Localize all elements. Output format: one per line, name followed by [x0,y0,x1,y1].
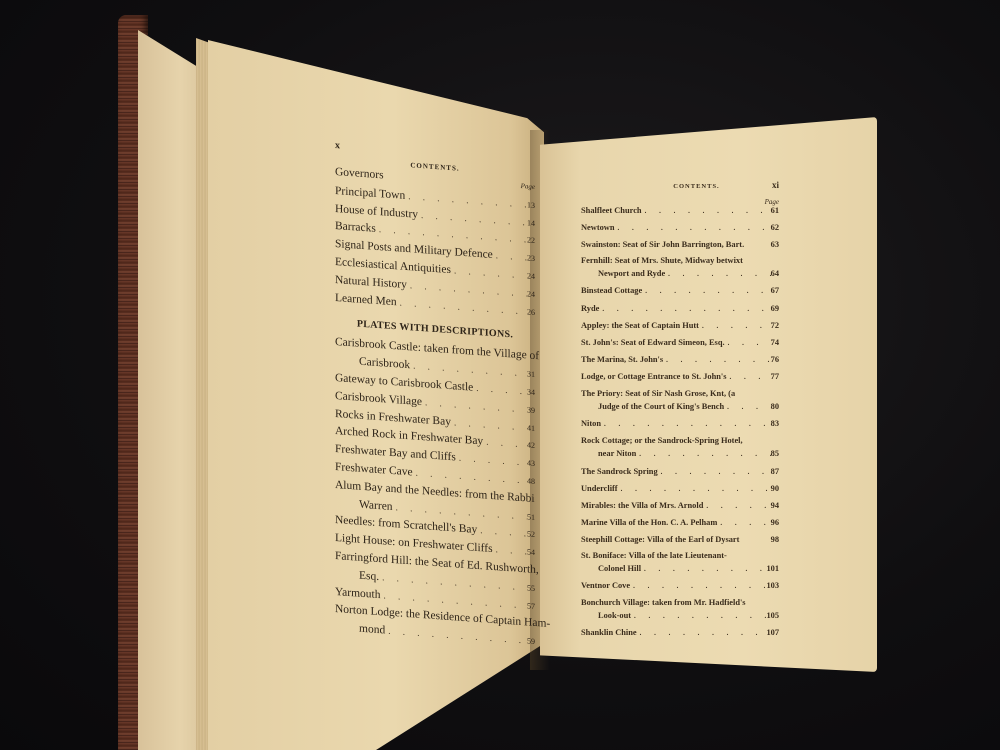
toc-entry: Marine Villa of the Hon. C. A. Pelham96 [581,516,779,530]
folio: xi [772,180,779,190]
toc-entry: Newtown62 [581,221,779,235]
toc-entry: Rock Cottage; or the Sandrock-Spring Hot… [581,434,779,447]
toc-entry: Fernhill: Seat of Mrs. Shute, Midway bet… [581,254,779,267]
right-page-text: CONTENTS. xi Page Shalfleet Church61 New… [581,180,779,641]
toc-entry-continuation: Judge of the Court of King's Bench80 [581,400,779,414]
toc-entry-continuation: Colonel Hill101 [581,562,779,576]
toc-entry: The Sandrock Spring87 [581,465,779,479]
toc-entry: Ryde69 [581,302,779,316]
toc-entry: The Marina, St. John's76 [581,353,779,367]
toc-entry: Appley: the Seat of Captain Hutt72 [581,319,779,333]
running-head: CONTENTS. [581,183,772,190]
toc-entry: Undercliff90 [581,482,779,496]
toc-entry-continuation: Newport and Ryde64 [581,267,779,281]
photo-scene: x CONTENTS. Governors Page Principal Tow… [0,0,1000,750]
left-page-text: x CONTENTS. Governors Page Principal Tow… [335,140,535,651]
toc-entry: Bonchurch Village: taken from Mr. Hadfie… [581,596,779,609]
toc-entry: Mirables: the Villa of Mrs. Arnold94 [581,499,779,513]
toc-entry: Shanklin Chine107 [581,626,779,640]
page-column-label: Page [521,178,535,197]
toc-entry: Lodge, or Cottage Entrance to St. John's… [581,370,779,384]
folio: x [335,140,340,151]
toc-entry: Shalfleet Church61 [581,204,779,218]
toc-entry-continuation: Look-out105 [581,609,779,623]
toc-entry: Niton83 [581,417,779,431]
toc-entry-continuation: near Niton85 [581,447,779,461]
toc-entry: Swainston: Seat of Sir John Barrington, … [581,238,779,251]
toc-entry: St. Boniface: Villa of the late Lieutena… [581,549,779,562]
toc-entry: Steephill Cottage: Villa of the Earl of … [581,533,779,546]
page-header: CONTENTS. xi [581,180,779,190]
toc-entry: Ventnor Cove103 [581,579,779,593]
toc-entry: The Priory: Seat of Sir Nash Grose, Knt,… [581,387,779,400]
toc-entry: Binstead Cottage67 [581,284,779,298]
toc-entry: St. John's: Seat of Edward Simeon, Esq.7… [581,336,779,350]
